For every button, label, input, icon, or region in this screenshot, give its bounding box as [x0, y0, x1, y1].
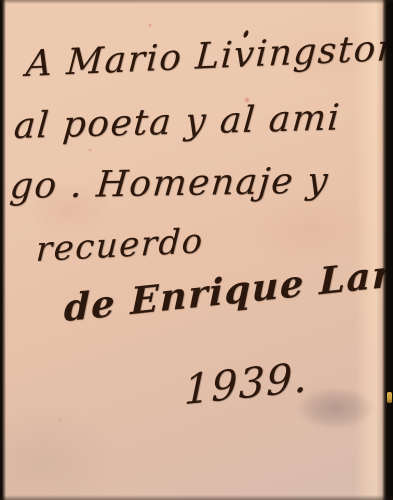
- top-edge-shadow: [0, 0, 393, 4]
- bottom-right-smudge: [298, 388, 372, 428]
- left-book-edge: [0, 0, 6, 500]
- inscription-line-2: al poeta y al ami: [12, 97, 342, 147]
- right-book-edge: [382, 0, 393, 500]
- bottom-edge-shadow: [0, 495, 393, 500]
- book-flyleaf-photo: A Mario Livingston al poeta y al ami go …: [0, 0, 393, 500]
- inscription-line-3: go . Homenaje y: [8, 160, 331, 207]
- gilt-edge-speck: [387, 392, 392, 403]
- page-edge-highlight: [355, 0, 385, 500]
